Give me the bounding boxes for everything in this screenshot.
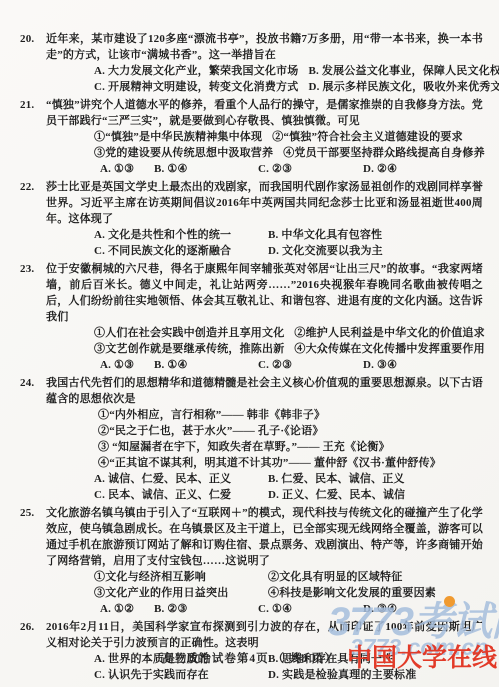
- option-left: C. 认识先于实践而存在: [94, 667, 268, 683]
- footer-page-indicator: 高三政治试卷第4页 （ 共8 页）: [162, 653, 337, 665]
- option-left: C. 不同民族文化的逐渐融合: [94, 243, 268, 259]
- question-23: 23.位于安徽桐城的六尺巷，得名于康熙年间宰辅张英对邻居“让出三尺”的故事。“我…: [20, 261, 483, 373]
- answer-choice: B. ②③: [154, 601, 258, 617]
- answer-choice-row: A. ①③B. ①④C. ②③D. ③④: [46, 357, 483, 373]
- option-left: ③文化产业的作用日益突出: [94, 585, 268, 601]
- quote-line: ③ “知屋漏者在宇下，知政失者在草野。”—— 王充《论衡》: [46, 439, 483, 455]
- option-left: ①人们在社会实践中创造并且享用文化: [94, 325, 294, 341]
- answer-choice: A. ①③: [100, 161, 154, 177]
- option-right: ④大众传媒在文化传播中发挥重要作用: [294, 341, 484, 357]
- option-pair-row: ③党的建设要从传统思想中汲取营养④党员干部要坚持群众路线提高自身修养: [46, 145, 483, 161]
- option-pair-row: C. 民本、诚信、正义、仁爱D. 正义、仁爱、民本、诚信: [46, 487, 483, 503]
- question-number: 25.: [20, 505, 34, 521]
- option-right: ②维护人民利益是中华文化的价值追求: [294, 325, 484, 341]
- answer-choice: C. ②③: [258, 161, 363, 177]
- question-number: 20.: [20, 31, 34, 47]
- option-right: B. 发展公益文化事业，保障人民文化权益: [308, 63, 499, 79]
- watermark-orange-dot-icon: [444, 596, 455, 607]
- option-left: C. 开展精神文明建设，转变文化消费方式: [94, 79, 308, 95]
- answer-choice: B. ①④: [154, 357, 258, 373]
- option-pair-row: C. 不同民族文化的逐渐融合D. 文化交流要以我为主: [46, 243, 483, 259]
- option-pair-row: A. 诚信、仁爱、民本、正义B. 仁爱、民本、诚信、正义: [46, 471, 483, 487]
- question-number: 26.: [20, 619, 34, 635]
- option-left: ③党的建设要从传统思想中汲取营养: [94, 145, 283, 161]
- option-left: ①“慎独”是中华民族精神集中体现: [94, 129, 272, 145]
- question-20: 20.近年来，某市建设了120多座“漂流书亭”，投放书籍7万多册，用“带一本书来…: [20, 31, 483, 95]
- option-right: B. 仁爱、民本、诚信、正义: [268, 471, 483, 487]
- question-number: 21.: [20, 97, 34, 113]
- answer-choice: A. ①②: [100, 601, 154, 617]
- question-22: 22.莎士比亚是英国文学史上最杰出的戏剧家，而我国明代剧作家汤显祖创作的戏剧同样…: [20, 179, 483, 259]
- question-stem: “慎独”讲究个人道德水平的修养，看重个人品行的操守，是儒家推崇的自我修身方法。党…: [46, 97, 483, 129]
- option-pair-row: ①人们在社会实践中创造并且享用文化②维护人民利益是中华文化的价值追求: [46, 325, 483, 341]
- answer-choice: C. ②③: [258, 357, 363, 373]
- option-right: D. 文化交流要以我为主: [268, 243, 483, 259]
- option-right: ②“慎独”符合社会主义道德建设的要求: [272, 129, 483, 145]
- quote-line: ②“民之于仁也，甚于水火”—— 孔子·《论语》: [46, 423, 483, 439]
- question-number: 24.: [20, 375, 34, 391]
- option-right: ②文化具有明显的区域特征: [268, 569, 483, 585]
- option-left: C. 民本、诚信、正义、仁爱: [94, 487, 268, 503]
- quote-line: ①“内外相应，言行相称”—— 韩非《韩非子》: [46, 407, 483, 423]
- option-right: D. 展示多样民族文化，吸收外来优秀文化: [308, 79, 499, 95]
- answer-choice-row: A. ①③B. ①④C. ②③D. ②④: [46, 161, 483, 177]
- option-right: B. 中华文化具有包容性: [268, 227, 483, 243]
- question-24: 24.我国古代先哲们的思想精华和道德精髓是社会主义核心价值观的重要思想源泉。以下…: [20, 375, 483, 503]
- option-pair-row: ①“慎独”是中华民族精神集中体现②“慎独”符合社会主义道德建设的要求: [46, 129, 483, 145]
- quote-line: ④“正其谊不谋其利，明其道不计其功”—— 董仲舒《汉书·董仲舒传》: [46, 455, 483, 471]
- question-stem: 我国古代先哲们的思想精华和道德精髓是社会主义核心价值观的重要思想源泉。以下古语蕴…: [46, 375, 483, 407]
- question-21: 21.“慎独”讲究个人道德水平的修养，看重个人品行的操守，是儒家推崇的自我修身方…: [20, 97, 483, 177]
- option-left: A. 文化是共性和个性的统一: [94, 227, 268, 243]
- option-left: A. 大力发展文化产业，繁荣我国文化市场: [94, 63, 308, 79]
- question-stem: 文化旅游名镇乌镇由于引入了“互联网＋”的模式，现代科技与传统文化的碰撞产生了化学…: [46, 505, 483, 569]
- watermark-overlay-text: 中国大学在线: [347, 638, 497, 674]
- question-stem: 位于安徽桐城的六尺巷，得名于康熙年间宰辅张英对邻居“让出三尺”的故事。“我家两堵…: [46, 261, 483, 325]
- question-stem: 近年来，某市建设了120多座“漂流书亭”，投放书籍7万多册，用“带一本书来，换一…: [46, 31, 483, 63]
- option-pair-row: A. 大力发展文化产业，繁荣我国文化市场B. 发展公益文化事业，保障人民文化权益: [46, 63, 483, 79]
- answer-choice: D. ③④: [363, 357, 397, 373]
- question-number: 22.: [20, 179, 34, 195]
- option-left: A. 诚信、仁爱、民本、正义: [94, 471, 268, 487]
- answer-choice: B. ①④: [154, 161, 258, 177]
- option-pair-row: A. 文化是共性和个性的统一B. 中华文化具有包容性: [46, 227, 483, 243]
- answer-choice: A. ①③: [100, 357, 154, 373]
- exam-question-list: 20.近年来，某市建设了120多座“漂流书亭”，投放书籍7万多册，用“带一本书来…: [20, 31, 483, 685]
- option-right: ④党员干部要坚持群众路线提高自身修养: [283, 145, 485, 161]
- option-pair-row: ③文艺创作就是要继承传统，推陈出新④大众传媒在文化传播中发挥重要作用: [46, 341, 483, 357]
- option-pair-row: ①文化与经济相互影响②文化具有明显的区域特征: [46, 569, 483, 585]
- question-stem: 莎士比亚是英国文学史上最杰出的戏剧家，而我国明代剧作家汤显祖创作的戏剧同样享誉世…: [46, 179, 483, 227]
- option-pair-row: C. 开展精神文明建设，转变文化消费方式D. 展示多样民族文化，吸收外来优秀文化: [46, 79, 483, 95]
- question-number: 23.: [20, 261, 34, 277]
- option-left: ③文艺创作就是要继承传统，推陈出新: [94, 341, 294, 357]
- answer-choice: D. ②④: [363, 161, 397, 177]
- option-right: D. 正义、仁爱、民本、诚信: [268, 487, 483, 503]
- option-left: ①文化与经济相互影响: [94, 569, 268, 585]
